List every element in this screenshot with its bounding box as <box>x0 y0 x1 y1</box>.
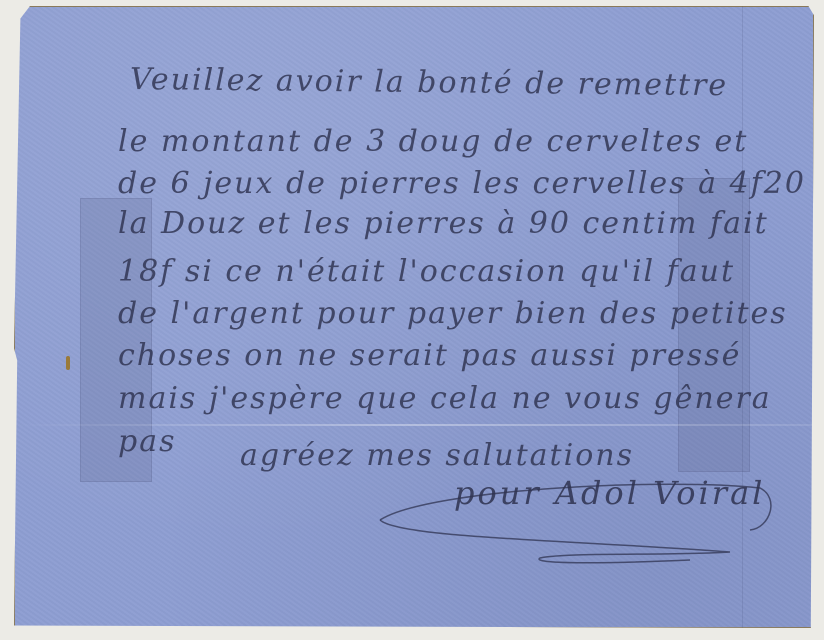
letter-line-8: mais j'espère que cela ne vous gênera <box>118 381 772 416</box>
letter-line-1: Veuillez avoir la bonté de remettre <box>130 62 729 103</box>
letter-line-9: pas <box>118 424 177 459</box>
signature: pour Adol Voiral <box>454 474 765 512</box>
letter-line-2: le montant de 3 doug de cerveltes et <box>118 124 748 159</box>
letter-line-4: la Douz et les pierres à 90 centim fait <box>118 206 769 241</box>
letter-line-6: de l'argent pour payer bien des petites <box>118 296 788 331</box>
stain-mark <box>66 356 70 370</box>
letter-line-3: de 6 jeux de pierres les cervelles à 4f2… <box>118 166 806 201</box>
letter-line-7: choses on ne serait pas aussi pressé <box>118 338 741 373</box>
letter-paper: Veuillez avoir la bonté de remettre le m… <box>14 6 814 628</box>
letter-line-5: 18f si ce n'était l'occasion qu'il faut <box>118 254 735 289</box>
